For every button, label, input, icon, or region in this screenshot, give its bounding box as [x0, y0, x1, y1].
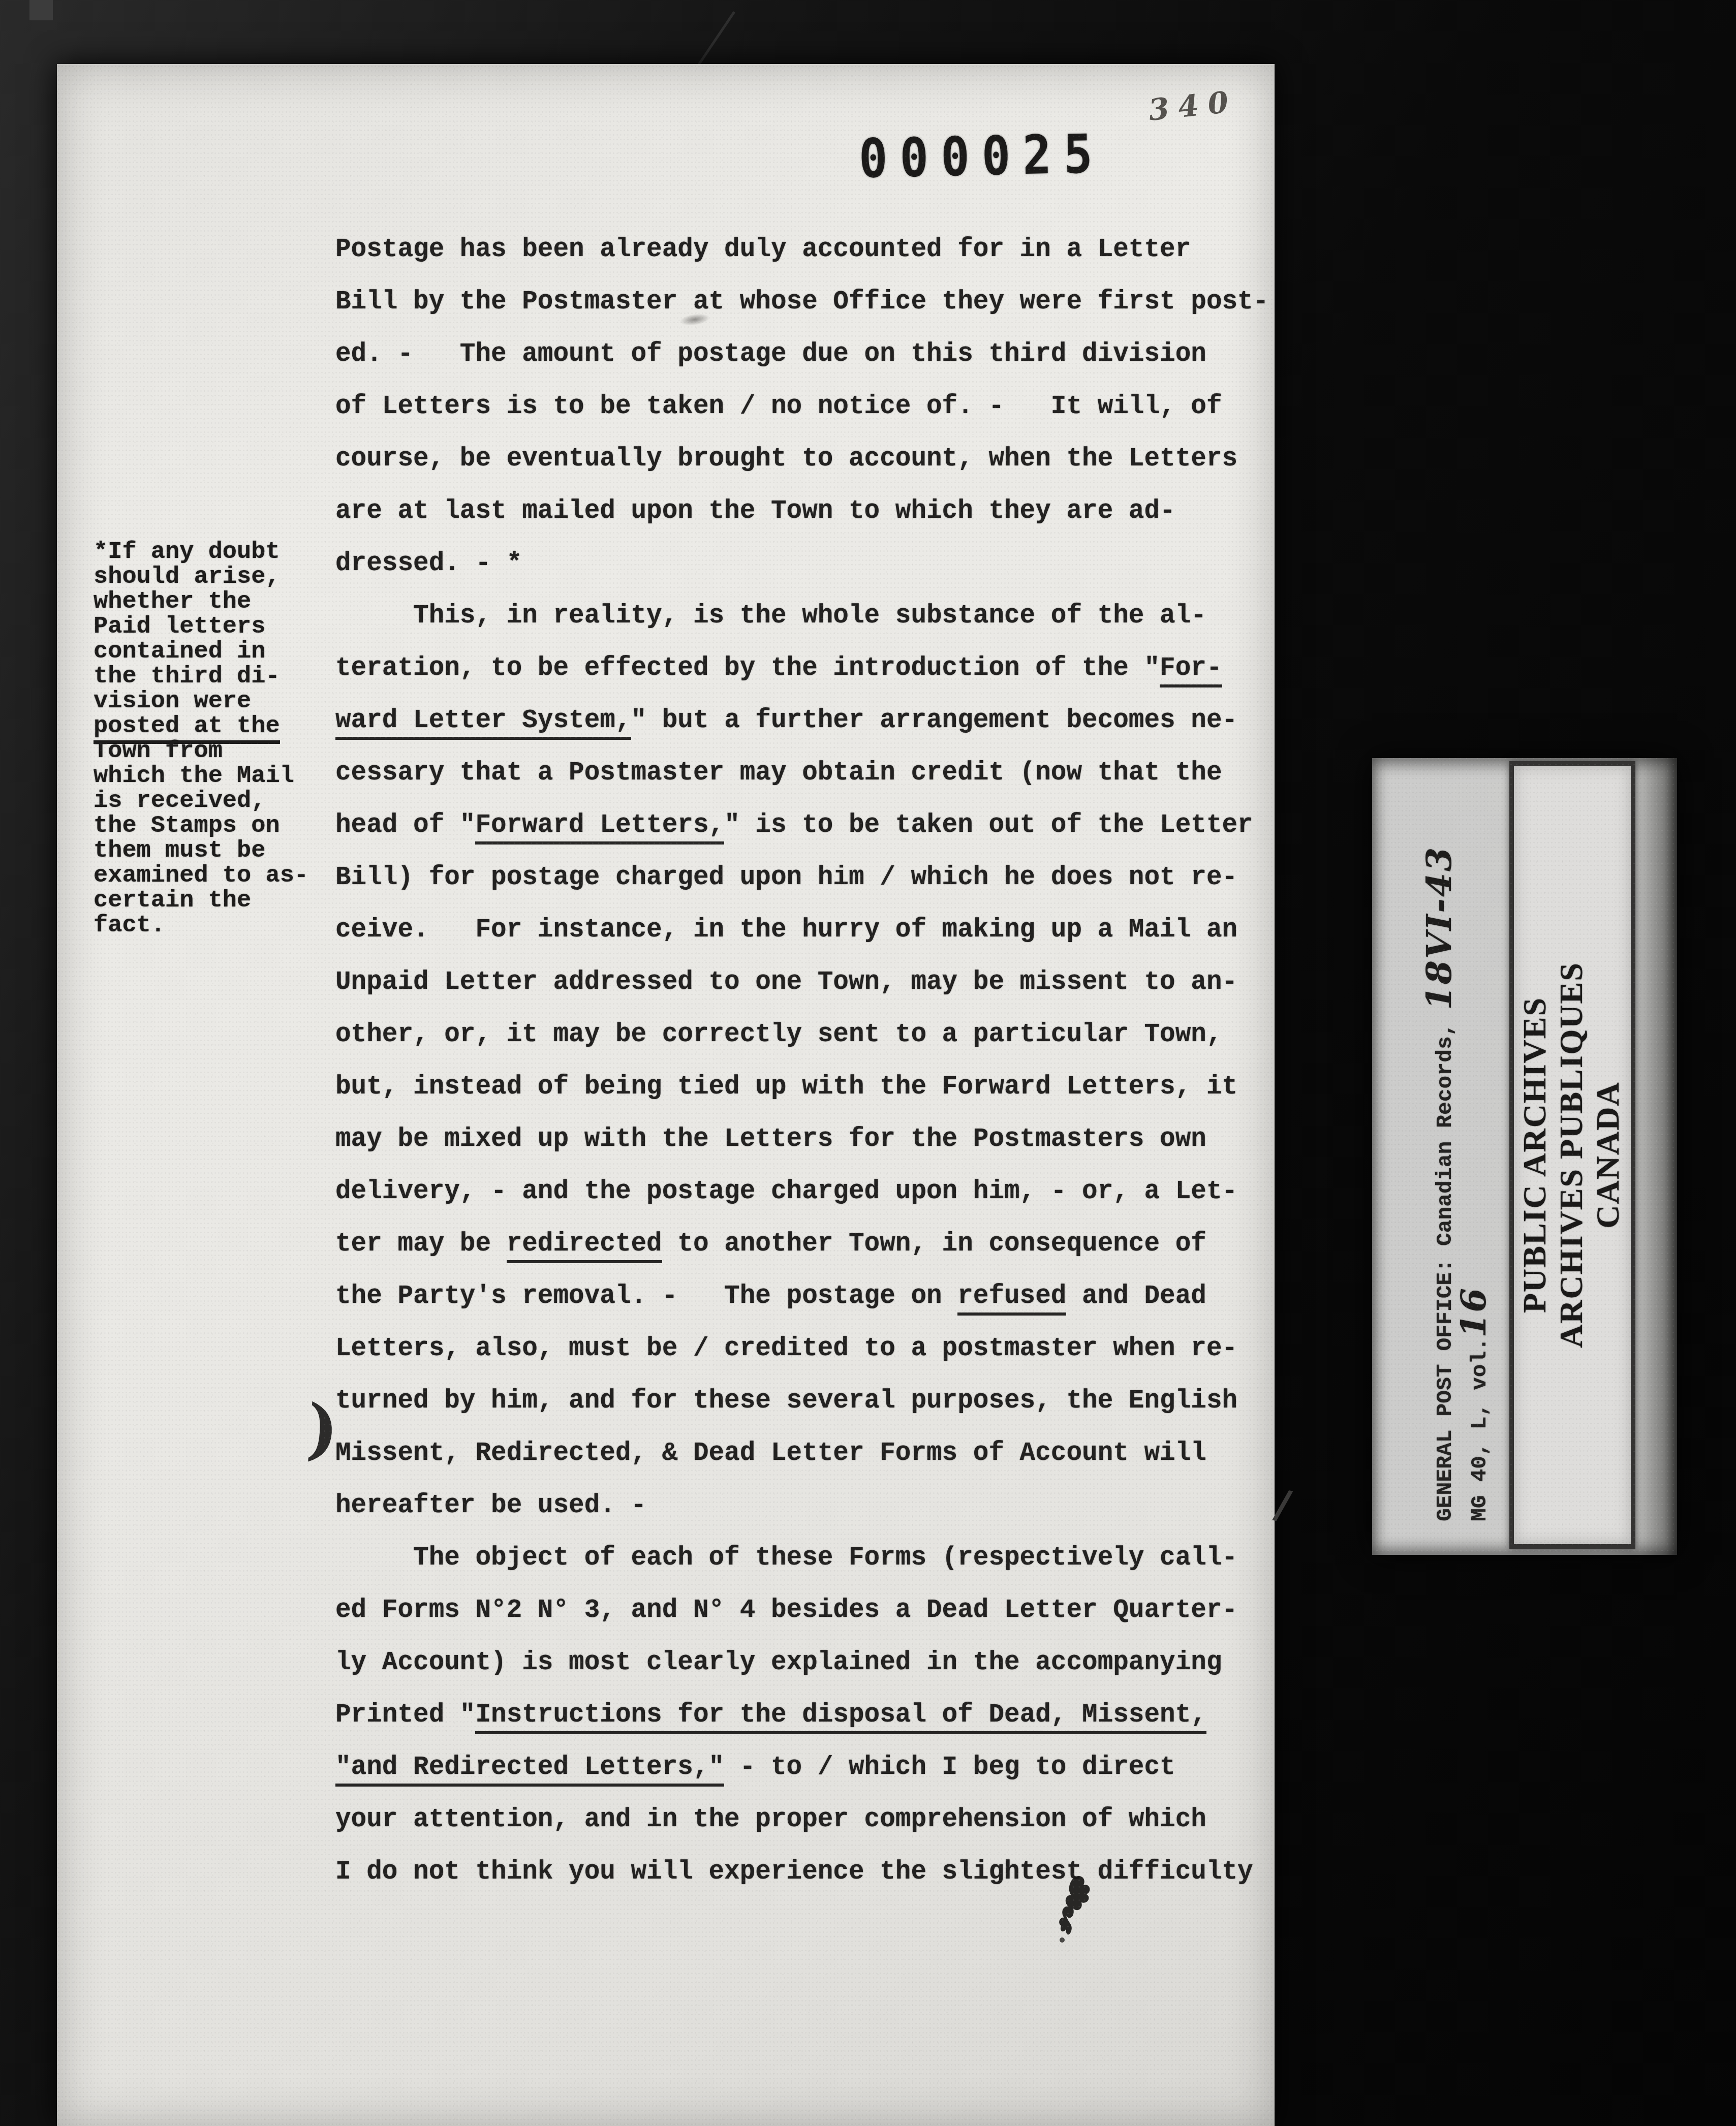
text-line: is received, — [94, 789, 337, 814]
text-line: dressed. - * — [335, 538, 1281, 590]
archives-stamp-text: PUBLIC ARCHIVESARCHIVES PUBLIQUESCANADA — [1516, 774, 1628, 1536]
text-line: "and Redirected Letters," - to / which I… — [335, 1741, 1281, 1794]
text-line: contained in — [94, 639, 337, 664]
text-line: them must be — [94, 838, 337, 863]
text-line: GENERAL POST OFFICE: Canadian Records, 1… — [1425, 758, 1460, 1521]
text-segment: fact. — [94, 912, 165, 939]
text-segment: hereafter be used. - — [335, 1491, 646, 1520]
text-segment: examined to as- — [94, 862, 308, 889]
text-line: This, in reality, is the whole substance… — [335, 590, 1281, 642]
text-line: CANADA — [1590, 774, 1626, 1536]
text-segment: teration, to be effected by the introduc… — [335, 654, 1160, 683]
text-line: Bill by the Postmaster at whose Office t… — [335, 276, 1281, 328]
text-line: teration, to be effected by the introduc… — [335, 642, 1281, 695]
text-line: Letters, also, must be / credited to a p… — [335, 1323, 1281, 1375]
text-line: ter may be redirected to another Town, i… — [335, 1218, 1281, 1270]
text-segment: whether the — [94, 588, 251, 615]
text-segment: certain the — [94, 887, 251, 914]
underlined-text: redirected — [507, 1230, 662, 1263]
text-segment: other, or, it may be correctly sent to a… — [335, 1020, 1222, 1049]
text-segment: Letters, also, must be / credited to a p… — [335, 1334, 1237, 1363]
scanned-document-frame: 340 000025 *If any doubtshould arise,whe… — [0, 0, 1736, 2126]
text-line: ly Account) is most clearly explained in… — [335, 1637, 1281, 1689]
text-line: ed. - The amount of postage due on this … — [335, 328, 1281, 381]
text-segment: contained in — [94, 638, 265, 665]
text-line: Town from — [94, 739, 337, 764]
text-line: MG 40, L, vol.16 — [1460, 758, 1494, 1521]
text-segment: should arise, — [94, 564, 280, 590]
text-segment: Town from — [94, 738, 223, 765]
text-segment: dressed. - * — [335, 549, 522, 578]
text-line: course, be eventually brought to account… — [335, 433, 1281, 485]
text-line: I do not think you will experience the s… — [335, 1846, 1281, 1898]
text-segment: This, in reality, is the whole substance… — [335, 602, 1206, 631]
film-label-strip: GENERAL POST OFFICE: Canadian Records, 1… — [1372, 758, 1677, 1555]
text-line: cessary that a Postmaster may obtain cre… — [335, 747, 1281, 799]
handwritten-text: 16 — [1453, 1287, 1494, 1338]
text-segment: ter may be — [335, 1230, 507, 1259]
text-segment: The object of each of these Forms (respe… — [335, 1544, 1237, 1573]
text-segment: may be mixed up with the Letters for the… — [335, 1125, 1206, 1154]
text-line: Missent, Redirected, & Dead Letter Forms… — [335, 1427, 1281, 1480]
text-line: ceive. For instance, in the hurry of mak… — [335, 904, 1281, 956]
text-segment: them must be — [94, 837, 265, 864]
text-line: are at last mailed upon the Town to whic… — [335, 485, 1281, 538]
text-segment: the Stamps on — [94, 812, 280, 839]
text-segment: I do not think you will experience the s… — [335, 1858, 1253, 1887]
text-line: which the Mail — [94, 764, 337, 789]
archives-stamp-box: PUBLIC ARCHIVESARCHIVES PUBLIQUESCANADA — [1509, 761, 1635, 1549]
text-line: should arise, — [94, 565, 337, 589]
underlined-text: ward Letter System, — [335, 706, 631, 740]
body-text: Postage has been already duly accounted … — [335, 224, 1281, 1898]
text-line: ed Forms N°2 N° 3, and N° 4 besides a De… — [335, 1584, 1281, 1637]
text-segment: your attention, and in the proper compre… — [335, 1805, 1206, 1834]
text-segment: Bill by the Postmaster at whose Office t… — [335, 288, 1268, 317]
text-segment: ed Forms N°2 N° 3, and N° 4 besides a De… — [335, 1596, 1237, 1625]
text-line: hereafter be used. - — [335, 1480, 1281, 1532]
underlined-text: Forward Letters, — [475, 811, 724, 845]
film-label-typed-lines: GENERAL POST OFFICE: Canadian Records, 1… — [1372, 758, 1509, 1555]
text-line: *If any doubt — [94, 540, 337, 565]
text-segment: Bill) for postage charged upon him / whi… — [335, 863, 1237, 892]
film-label-typed-reference: GENERAL POST OFFICE: Canadian Records, 1… — [1372, 758, 1509, 1555]
text-segment: vision were — [94, 688, 251, 715]
archive-letter-page: 340 000025 *If any doubtshould arise,whe… — [57, 64, 1275, 2126]
text-segment: but, instead of being tied up with the F… — [335, 1073, 1237, 1102]
text-line: The object of each of these Forms (respe… — [335, 1532, 1281, 1584]
text-line: may be mixed up with the Letters for the… — [335, 1113, 1281, 1166]
text-line: vision were — [94, 689, 337, 714]
text-line: Postage has been already duly accounted … — [335, 224, 1281, 276]
text-line: turned by him, and for these several pur… — [335, 1375, 1281, 1427]
underlined-text: Instructions for the disposal of Dead, M… — [475, 1701, 1206, 1734]
handwritten-page-number: 340 — [1147, 84, 1239, 128]
text-segment: delivery, - and the postage charged upon… — [335, 1177, 1237, 1206]
text-segment: the third di- — [94, 663, 280, 690]
text-segment: ly Account) is most clearly explained in… — [335, 1648, 1222, 1677]
handwritten-text: 18VI-43 — [1419, 846, 1460, 1010]
text-line: whether the — [94, 589, 337, 614]
text-segment: MG 40, L, vol. — [1467, 1338, 1492, 1521]
text-segment: Printed " — [335, 1701, 475, 1730]
text-segment: head of " — [335, 811, 475, 840]
text-line: examined to as- — [94, 863, 337, 888]
text-line: PUBLIC ARCHIVES — [1516, 774, 1553, 1536]
underlined-text: refused — [957, 1282, 1066, 1316]
text-segment: are at last mailed upon the Town to whic… — [335, 497, 1175, 526]
text-segment: *If any doubt — [94, 539, 280, 566]
text-line: of Letters is to be taken / no notice of… — [335, 381, 1281, 433]
text-line: the third di- — [94, 664, 337, 689]
text-line: your attention, and in the proper compre… — [335, 1794, 1281, 1846]
text-segment: PUBLIC ARCHIVES — [1516, 997, 1553, 1313]
text-segment: ceive. For instance, in the hurry of mak… — [335, 916, 1237, 945]
document-stamp-number: 000025 — [858, 123, 1105, 190]
text-segment: Postage has been already duly accounted … — [335, 235, 1191, 264]
text-line: ward Letter System," but a further arran… — [335, 695, 1281, 747]
text-segment: ed. - The amount of postage due on this … — [335, 340, 1206, 369]
text-segment: Paid letters — [94, 613, 265, 640]
text-line: other, or, it may be correctly sent to a… — [335, 1009, 1281, 1061]
text-segment: " but a further arrangement becomes ne- — [631, 706, 1238, 735]
text-segment: which the Mail — [94, 763, 294, 790]
text-segment: and Dead — [1066, 1282, 1206, 1311]
text-line: the Party's removal. - The postage on re… — [335, 1270, 1281, 1323]
text-segment: CANADA — [1590, 1081, 1626, 1228]
text-segment: - to / which I beg to direct — [724, 1753, 1175, 1782]
text-line: Bill) for postage charged upon him / whi… — [335, 852, 1281, 904]
text-segment: Missent, Redirected, & Dead Letter Forms… — [335, 1439, 1206, 1468]
text-segment: course, be eventually brought to account… — [335, 445, 1237, 474]
text-segment: of Letters is to be taken / no notice of… — [335, 392, 1222, 421]
underlined-text: For- — [1160, 654, 1222, 687]
film-edge-notch — [29, 0, 53, 20]
text-segment: GENERAL POST OFFICE: Canadian Records, — [1433, 1010, 1458, 1521]
text-segment: cessary that a Postmaster may obtain cre… — [335, 759, 1222, 788]
margin-annotation: *If any doubtshould arise,whether thePai… — [94, 540, 337, 938]
text-segment: to another Town, in consequence of — [662, 1230, 1206, 1259]
text-line: posted at the — [94, 714, 337, 739]
text-segment: turned by him, and for these several pur… — [335, 1387, 1237, 1416]
ink-blot-shape — [1056, 1874, 1097, 1945]
text-line: Paid letters — [94, 614, 337, 639]
text-segment: ARCHIVES PUBLIQUES — [1553, 962, 1589, 1348]
text-line: ARCHIVES PUBLIQUES — [1553, 774, 1590, 1536]
text-line: head of "Forward Letters," is to be take… — [335, 799, 1281, 852]
ink-blot — [1056, 1874, 1097, 1948]
underlined-text: "and Redirected Letters," — [335, 1753, 724, 1787]
text-line: certain the — [94, 888, 337, 913]
text-line: delivery, - and the postage charged upon… — [335, 1166, 1281, 1218]
text-line: but, instead of being tied up with the F… — [335, 1061, 1281, 1113]
text-segment: is received, — [94, 788, 265, 815]
text-line: Printed "Instructions for the disposal o… — [335, 1689, 1281, 1741]
text-segment: " is to be taken out of the Letter — [724, 811, 1253, 840]
text-segment: the Party's removal. - The postage on — [335, 1282, 957, 1311]
text-line: the Stamps on — [94, 814, 337, 838]
text-line: fact. — [94, 913, 337, 938]
margin-paren-mark: ) — [304, 1389, 341, 1469]
text-line: Unpaid Letter addressed to one Town, may… — [335, 956, 1281, 1009]
text-segment: Unpaid Letter addressed to one Town, may… — [335, 968, 1237, 997]
